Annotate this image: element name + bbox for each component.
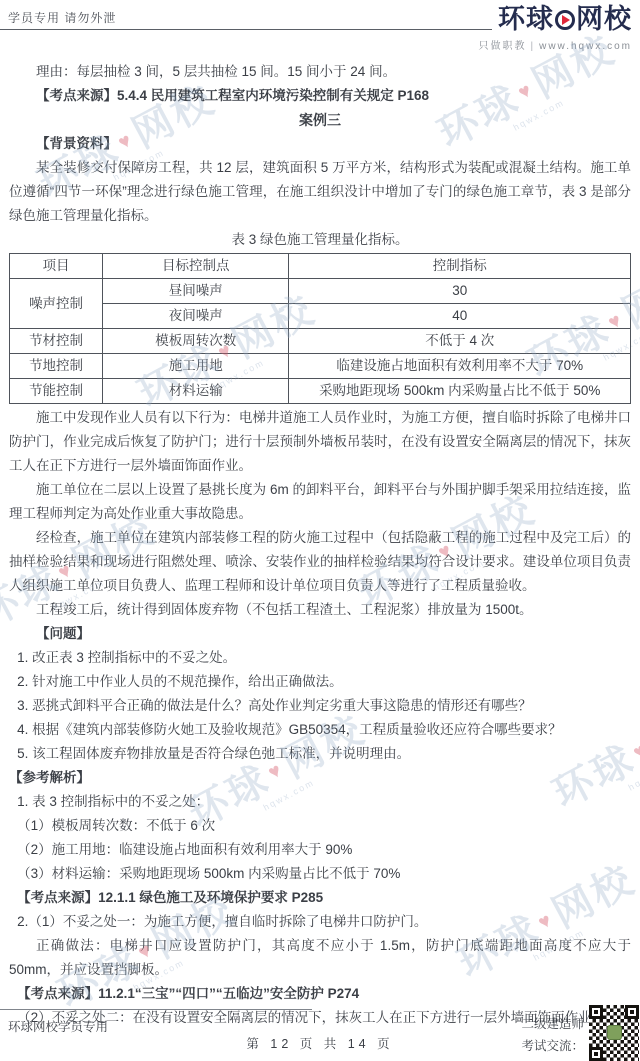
logo-text-left: 环球: [498, 4, 554, 34]
site-url: www.hqwx.com: [539, 41, 632, 52]
table-row: 噪声控制 昼间噪声 30: [10, 279, 631, 304]
logo-wordmark: 环球网校: [478, 4, 632, 34]
logo-tagline: 只做职教|www.hqwx.com: [478, 37, 632, 52]
background-heading: 【背景资料】: [9, 132, 631, 156]
cell-item: 节材控制: [10, 329, 103, 354]
source-reference: 【考点来源】5.4.4 民用建筑工程室内环境污染控制有关规定 P168: [9, 84, 631, 108]
analysis-1-source: 【考点来源】12.1.1 绿色施工及环境保护要求 P285: [9, 886, 631, 910]
confidential-label: 学员专用 请勿外泄: [8, 9, 116, 26]
document-body: 理由：每层抽检 3 间，5 层共抽检 15 间。15 间小于 24 间。 【考点…: [0, 54, 640, 1030]
col-header-item: 项目: [10, 254, 103, 279]
analysis-2-item1: 2.（1）不妥之处一：为施工方便，擅自临时拆除了电梯井口防护门。: [9, 910, 631, 934]
col-header-value: 控制指标: [289, 254, 631, 279]
case-title: 案例三: [9, 108, 631, 132]
analysis-2-correct: 正确做法：电梯井口应设置防护门，其高度不应小于 1.5m，防护门底端距地面高度不…: [9, 934, 631, 982]
qr-finder-icon: [625, 1005, 639, 1019]
behavior-paragraph: 施工中发现作业人员有以下行为：电梯井道施工人员作业时，为施工方便，擅自临时拆除了…: [9, 406, 631, 478]
analysis-2-source: 【考点来源】11.2.1“三宝”“四口”“五临边”安全防护 P274: [9, 982, 631, 1006]
analysis-1-item: （2）施工用地：临建设施占地面积有效利用率大于 90%: [9, 838, 631, 862]
table-row: 节材控制 模板周转次数 不低于 4 次: [10, 329, 631, 354]
cell-item: 节地控制: [10, 354, 103, 379]
cell-item: 噪声控制: [10, 279, 103, 329]
waste-paragraph: 工程竣工后，统计得到固体废弃物（不包括工程渣土、工程泥浆）排放量为 1500t。: [9, 598, 631, 622]
cell-point: 模板周转次数: [103, 329, 289, 354]
cell-point: 昼间噪声: [103, 279, 289, 304]
table-row: 夜间噪声 40: [10, 304, 631, 329]
table-header-row: 项目 目标控制点 控制指标: [10, 254, 631, 279]
analysis-1-intro: 1. 表 3 控制指标中的不妥之处：: [9, 790, 631, 814]
cell-point: 材料运输: [103, 379, 289, 404]
header-divider: [0, 29, 492, 30]
cell-item: 节能控制: [10, 379, 103, 404]
footer-exam-info: 二级建造师 考试交流：: [521, 1013, 584, 1057]
cell-point: 施工用地: [103, 354, 289, 379]
tagline-text: 只做职教: [478, 41, 526, 52]
qr-code: [589, 1005, 639, 1061]
question-item: 4. 根据《建筑内部装修防火她工及验收规范》GB50354，工程质量验收还应符合…: [9, 718, 631, 742]
exam-chat-label: 考试交流：: [521, 1035, 584, 1057]
footer-confidential: 环球网校学员专用: [8, 1017, 108, 1035]
cell-value: 临建设施占地面积有效利用率不大于 70%: [289, 354, 631, 379]
background-paragraph: 某全装修交付保障房工程，共 12 层，建筑面积 5 万平方米，结构形式为装配或混…: [9, 156, 631, 228]
analysis-1-item: （3）材料运输：采购地距现场 500km 内采购量占比不低于 70%: [9, 862, 631, 886]
reason-line: 理由：每层抽检 3 间，5 层共抽检 15 间。15 间小于 24 间。: [9, 60, 631, 84]
table-row: 节能控制 材料运输 采购地距现场 500km 内采购量占比不低于 50%: [10, 379, 631, 404]
question-item: 5. 该工程固体废弃物排放量是否符合绿色弛工标准，并说明理由。: [9, 742, 631, 766]
platform-paragraph: 施工单位在二层以上设置了悬挑长度为 6m 的卸料平台，卸料平台与外围护脚手架采用…: [9, 478, 631, 526]
cell-point: 夜间噪声: [103, 304, 289, 329]
table-caption: 表 3 绿色施工管理量化指标。: [9, 228, 631, 252]
question-item: 2. 针对施工中作业人员的不规范操作，给出正确做法。: [9, 670, 631, 694]
tagline-separator: |: [530, 41, 535, 52]
brand-logo: 环球网校 只做职教|www.hqwx.com: [478, 4, 632, 52]
qr-avatar-icon: [607, 1025, 622, 1040]
question-item: 1. 改正表 3 控制指标中的不妥之处。: [9, 646, 631, 670]
quant-indicator-table: 项目 目标控制点 控制指标 噪声控制 昼间噪声 30 夜间噪声 40 节材控制 …: [9, 253, 631, 404]
logo-text-right: 网校: [576, 4, 632, 34]
cell-value: 30: [289, 279, 631, 304]
footer-divider: [0, 1009, 312, 1010]
inspection-paragraph: 经检查，施工单位在建筑内部装修工程的防火施工过程中（包括隐蔽工程的施工过程中及完…: [9, 526, 631, 598]
play-circle-icon: [555, 10, 575, 30]
play-triangle-icon: [562, 15, 570, 25]
question-item: 3. 恶挑式卸料平合正确的做法是什么？高处作业判定劣重大事这隐患的情形还有哪些？: [9, 694, 631, 718]
cell-value: 40: [289, 304, 631, 329]
question-list: 1. 改正表 3 控制指标中的不妥之处。 2. 针对施工中作业人员的不规范操作，…: [9, 646, 631, 766]
page-header: 学员专用 请勿外泄 环球网校 只做职教|www.hqwx.com: [0, 0, 640, 54]
cell-value: 不低于 4 次: [289, 329, 631, 354]
analysis-1-item: （1）模板周转次数：不低于 6 次: [9, 814, 631, 838]
table-row: 节地控制 施工用地 临建设施占地面积有效利用率不大于 70%: [10, 354, 631, 379]
col-header-point: 目标控制点: [103, 254, 289, 279]
questions-heading: 【问题】: [9, 622, 631, 646]
cell-value: 采购地距现场 500km 内采购量占比不低于 50%: [289, 379, 631, 404]
analysis-heading: 【参考解析】: [9, 766, 631, 790]
qr-finder-icon: [589, 1047, 603, 1061]
qr-finder-icon: [589, 1005, 603, 1019]
exam-name: 二级建造师: [521, 1013, 584, 1035]
